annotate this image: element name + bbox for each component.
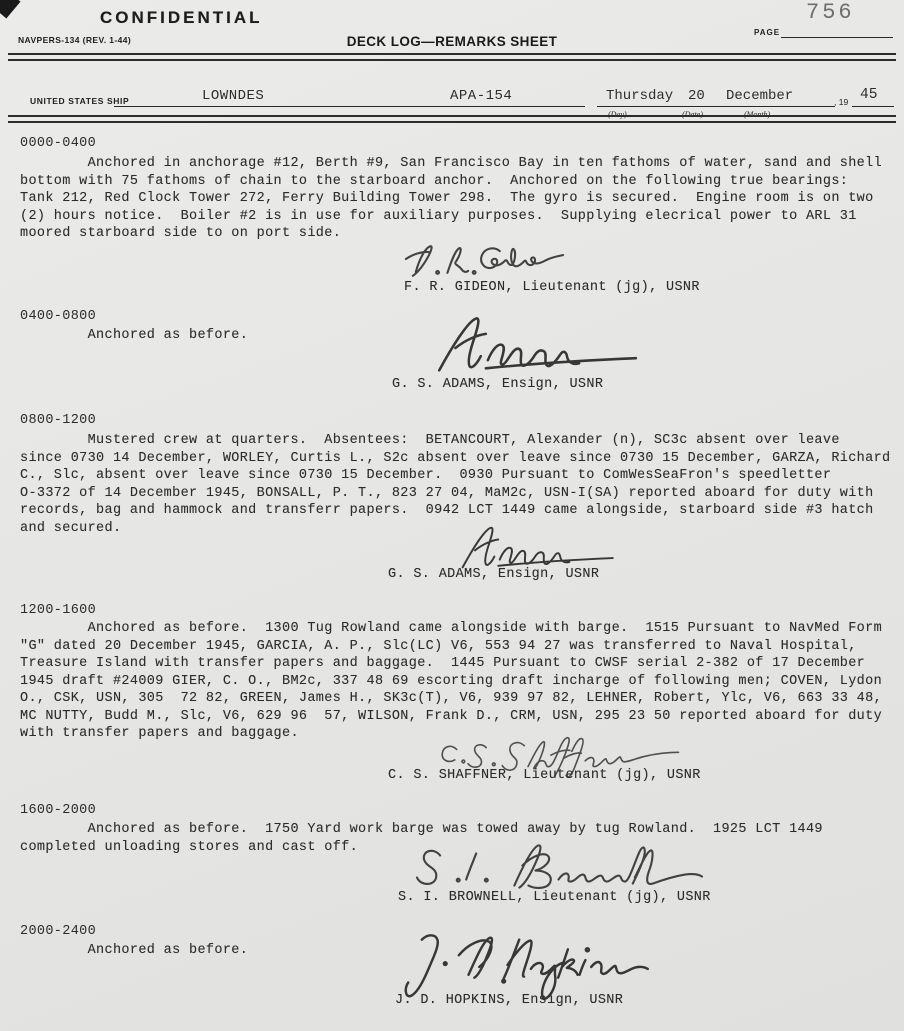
classification-stamp: CONFIDENTIAL — [100, 8, 263, 28]
signature-typed-hopkins: J. D. HOPKINS, Ensign, USNR — [395, 993, 623, 1008]
header-double-rule-top — [8, 53, 896, 61]
year-value: 45 — [860, 87, 877, 103]
ship-name-blank-line — [114, 88, 585, 107]
remarks-text-0800-1200: Mustered crew at quarters. Absentees: BE… — [20, 432, 891, 537]
signature-typed-adams: G. S. ADAMS, Ensign, USNR — [392, 377, 603, 392]
document-title: DECK LOG—REMARKS SHEET — [0, 34, 904, 49]
watch-period-0800-1200: 0800-1200 — [20, 413, 96, 428]
signature-typed-brownell: S. I. BROWNELL, Lieutenant (jg), USNR — [398, 890, 711, 905]
signature-script-adams-2 — [430, 524, 640, 572]
signature-script-hopkins — [388, 928, 664, 1002]
year-prefix: , 19 — [834, 97, 848, 107]
watch-period-1600-2000: 1600-2000 — [20, 803, 96, 818]
deck-log-remarks-sheet: CONFIDENTIAL 756 PAGE NAVPERS-134 (REV. … — [0, 0, 904, 1031]
remarks-text-0400-0800: Anchored as before. — [20, 327, 248, 345]
remarks-text-2000-2400: Anchored as before. — [20, 942, 248, 960]
signature-typed-shaffner: C. S. SHAFFNER, Lieutenant (jg), USNR — [388, 768, 701, 783]
signature-script-gideon — [398, 242, 566, 280]
signature-typed-adams-2: G. S. ADAMS, Ensign, USNR — [388, 567, 599, 582]
watch-period-2000-2400: 2000-2400 — [20, 924, 96, 939]
date-number-value: 20 — [688, 88, 705, 104]
signature-typed-gideon: F. R. GIDEON, Lieutenant (jg), USNR — [404, 280, 700, 295]
signature-script-adams — [425, 312, 643, 378]
date-day-value: Thursday — [606, 88, 673, 104]
signature-script-brownell — [410, 840, 706, 895]
ship-name: LOWNDES — [202, 88, 264, 104]
header-double-rule-bottom — [8, 115, 896, 123]
watch-period-1200-1600: 1200-1600 — [20, 603, 96, 618]
remarks-text-1200-1600: Anchored as before. 1300 Tug Rowland cam… — [20, 620, 882, 743]
scan-corner-artifact — [0, 0, 20, 18]
hull-number: APA-154 — [450, 88, 512, 104]
date-month-value: December — [726, 88, 793, 104]
watch-period-0400-0800: 0400-0800 — [20, 309, 96, 324]
watch-period-0000-0400: 0000-0400 — [20, 136, 96, 151]
remarks-text-0000-0400: Anchored in anchorage #12, Berth #9, San… — [20, 155, 882, 243]
